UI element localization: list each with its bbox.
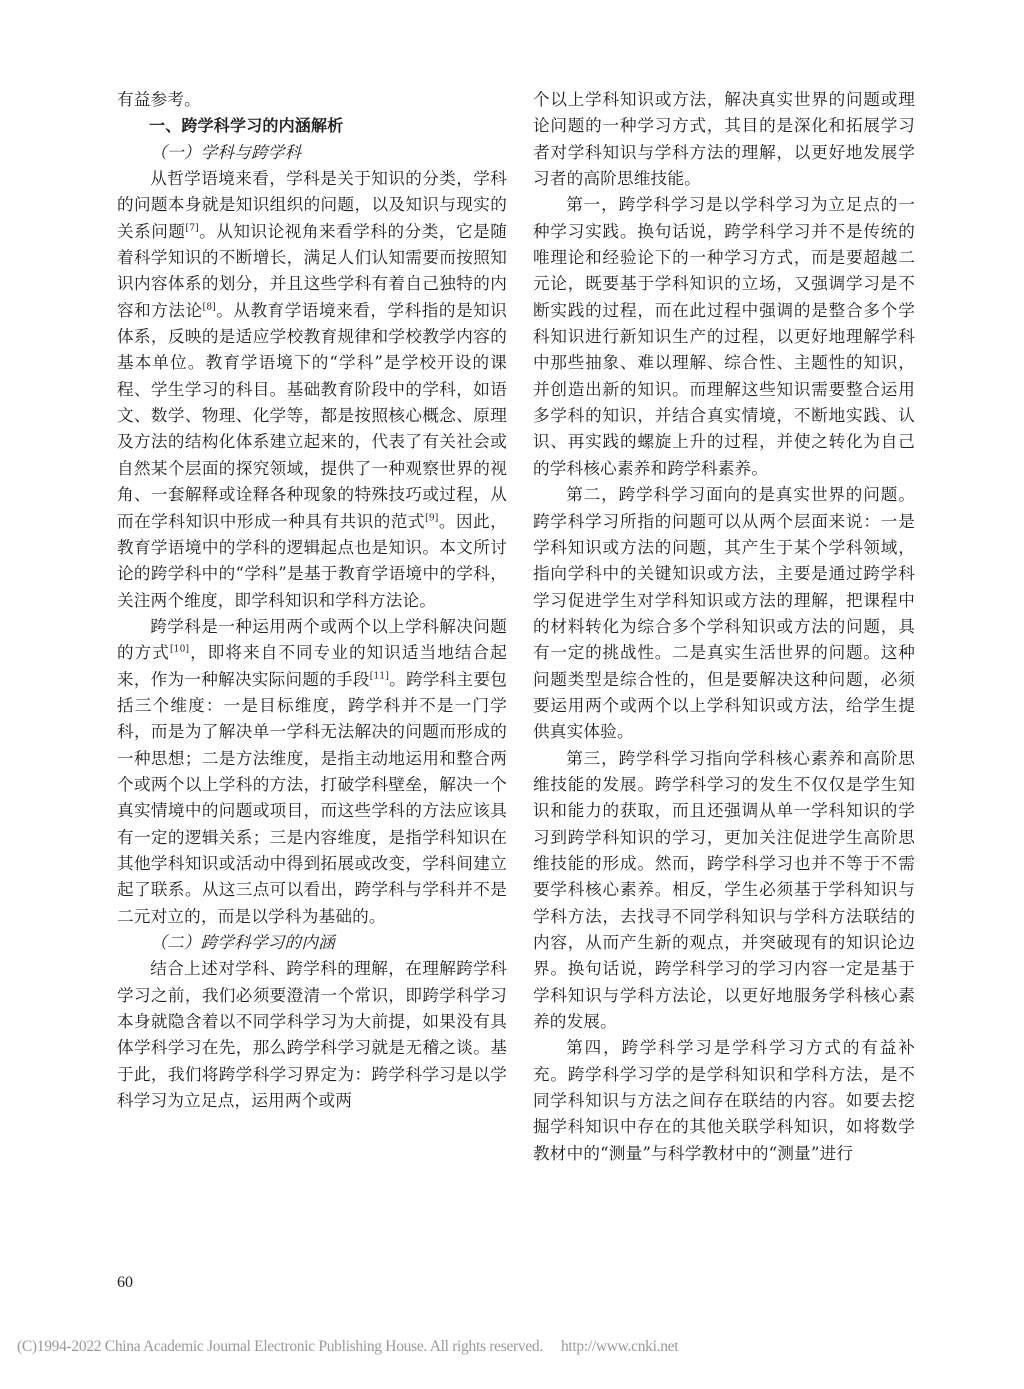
intro-tail: 有益参考。: [117, 87, 507, 113]
subsection-heading: （一）学科与跨学科: [117, 140, 507, 166]
citation-ref[interactable]: [7]: [185, 223, 198, 233]
paragraph: 第一，跨学科学习是以学科学习为立足点的一种学习实践。换句话说，跨学科学习并不是传…: [533, 192, 915, 482]
right-column: 个以上学科知识或方法，解决真实世界的问题或理论问题的一种学习方式，其目的是深化和…: [533, 87, 915, 1167]
paragraph: 第四，跨学科学习是学科学习方式的有益补充。跨学科学习学的是学科知识和学科方法，是…: [533, 1035, 915, 1167]
citation-ref[interactable]: [8]: [203, 302, 216, 312]
left-column: 有益参考。 一、跨学科学习的内涵解析 （一）学科与跨学科 从哲学语境来看，学科是…: [117, 87, 507, 1114]
citation-ref[interactable]: [9]: [425, 513, 438, 523]
subsection-heading: （二）跨学科学习的内涵: [117, 930, 507, 956]
page-number: 60: [117, 1274, 133, 1292]
text: 。跨学科主要包括三个维度：一是目标维度，跨学科并不是一门学科，而是为了解决单一学…: [117, 670, 507, 926]
paragraph-continuation: 个以上学科知识或方法，解决真实世界的问题或理论问题的一种学习方式，其目的是深化和…: [533, 87, 915, 192]
paragraph: 第三，跨学科学习指向学科核心素养和高阶思维技能的发展。跨学科学习的发生不仅仅是学…: [533, 746, 915, 1036]
text: 。从教育学语境来看，学科指的是知识体系，反映的是适应学校教育规律和学校教学内容的…: [117, 301, 507, 531]
citation-ref[interactable]: [11]: [370, 671, 389, 681]
section-heading: 一、跨学科学习的内涵解析: [117, 113, 507, 139]
paragraph: 第二，跨学科学习面向的是真实世界的问题。跨学科学习所指的问题可以从两个层面来说：…: [533, 482, 915, 745]
copyright-footer: (C)1994-2022 China Academic Journal Elec…: [17, 1338, 678, 1356]
footer-link[interactable]: http://www.cnki.net: [561, 1338, 678, 1355]
paragraph: 结合上述对学科、跨学科的理解，在理解跨学科学习之前，我们必须要澄清一个常识，即跨…: [117, 956, 507, 1114]
copyright-text: (C)1994-2022 China Academic Journal Elec…: [17, 1338, 543, 1355]
citation-ref[interactable]: [10]: [170, 645, 189, 655]
paragraph: 从哲学语境来看，学科是关于知识的分类，学科的问题本身就是知识组织的问题，以及知识…: [117, 166, 507, 614]
paragraph: 跨学科是一种运用两个或两个以上学科解决问题的方式[10]，即将来自不同专业的知识…: [117, 614, 507, 930]
